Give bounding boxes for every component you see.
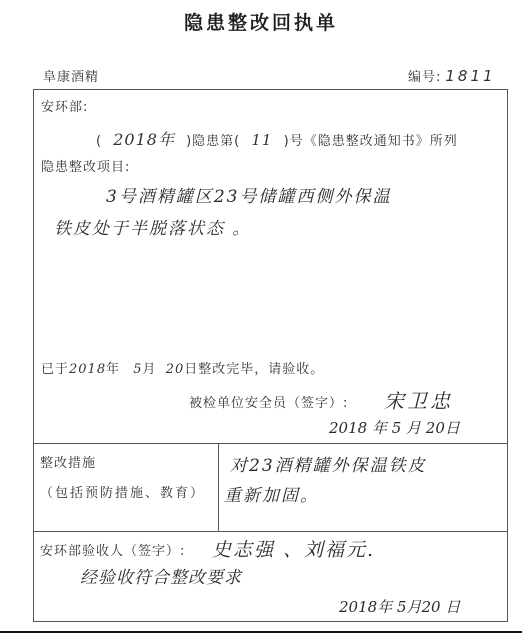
- company-name: 阜康酒精: [43, 66, 99, 85]
- acceptance-result: 经验收符合整改要求: [80, 563, 242, 588]
- ref-number: 11: [251, 131, 272, 149]
- completion-day: 20: [166, 362, 185, 377]
- completion-month: 5: [133, 362, 142, 377]
- measures-content-line-1: 对23酒精罐外保温铁皮: [230, 451, 427, 476]
- page-bottom-rule: [0, 631, 522, 633]
- completion-statement: 已于2018年 5月 20日整改完毕，请验收。: [41, 358, 324, 377]
- ref-year: 2018年: [113, 130, 175, 149]
- receipt-form-table: 安环部: ( 2018年 )隐患第( 11 )号《隐患整改通知书》所列 隐患整改…: [33, 89, 508, 622]
- items-label: 隐患整改项目:: [41, 156, 130, 175]
- serial-label: 编号:: [408, 70, 441, 85]
- hazard-item-line-2: 铁皮处于半脱落状态 。: [54, 214, 251, 239]
- measures-content-line-2: 重新加固。: [224, 481, 319, 506]
- measures-sublabel: （包括预防措施、教育）: [40, 482, 205, 501]
- acceptor-signatures: 史志强 、刘福元.: [212, 535, 375, 562]
- column-divider: [218, 443, 219, 531]
- acceptance-section: 安环部验收人（签字）: 史志强 、刘福元. 经验收符合整改要求 2018年 5月…: [34, 531, 507, 622]
- inspector-signature-label: 被检单位安全员（签字）:: [189, 392, 348, 411]
- addressee: 安环部:: [41, 96, 88, 115]
- serial-number: 编号:1811: [408, 66, 496, 85]
- measures-section: 整改措施 （包括预防措施、教育） 对23酒精罐外保温铁皮 重新加固。: [34, 443, 507, 532]
- acceptance-date: 2018年 5月20 日: [339, 596, 460, 617]
- hazard-item-line-1: 3号酒精罐区23号储罐西侧外保温: [106, 182, 391, 207]
- completion-year: 2018: [69, 362, 106, 377]
- acceptor-signature-label: 安环部验收人（签字）:: [40, 540, 185, 559]
- measures-label: 整改措施: [40, 452, 96, 471]
- inspector-sign-date: 2018 年 5 月 20日: [329, 417, 460, 438]
- notice-reference: ( 2018年 )隐患第( 11 )号《隐患整改通知书》所列: [96, 127, 458, 150]
- document-title: 隐患整改回执单: [0, 8, 522, 35]
- serial-value: 1811: [445, 67, 495, 85]
- notice-section: 安环部: ( 2018年 )隐患第( 11 )号《隐患整改通知书》所列 隐患整改…: [34, 90, 507, 444]
- inspector-signature: 宋卫忠: [384, 385, 453, 414]
